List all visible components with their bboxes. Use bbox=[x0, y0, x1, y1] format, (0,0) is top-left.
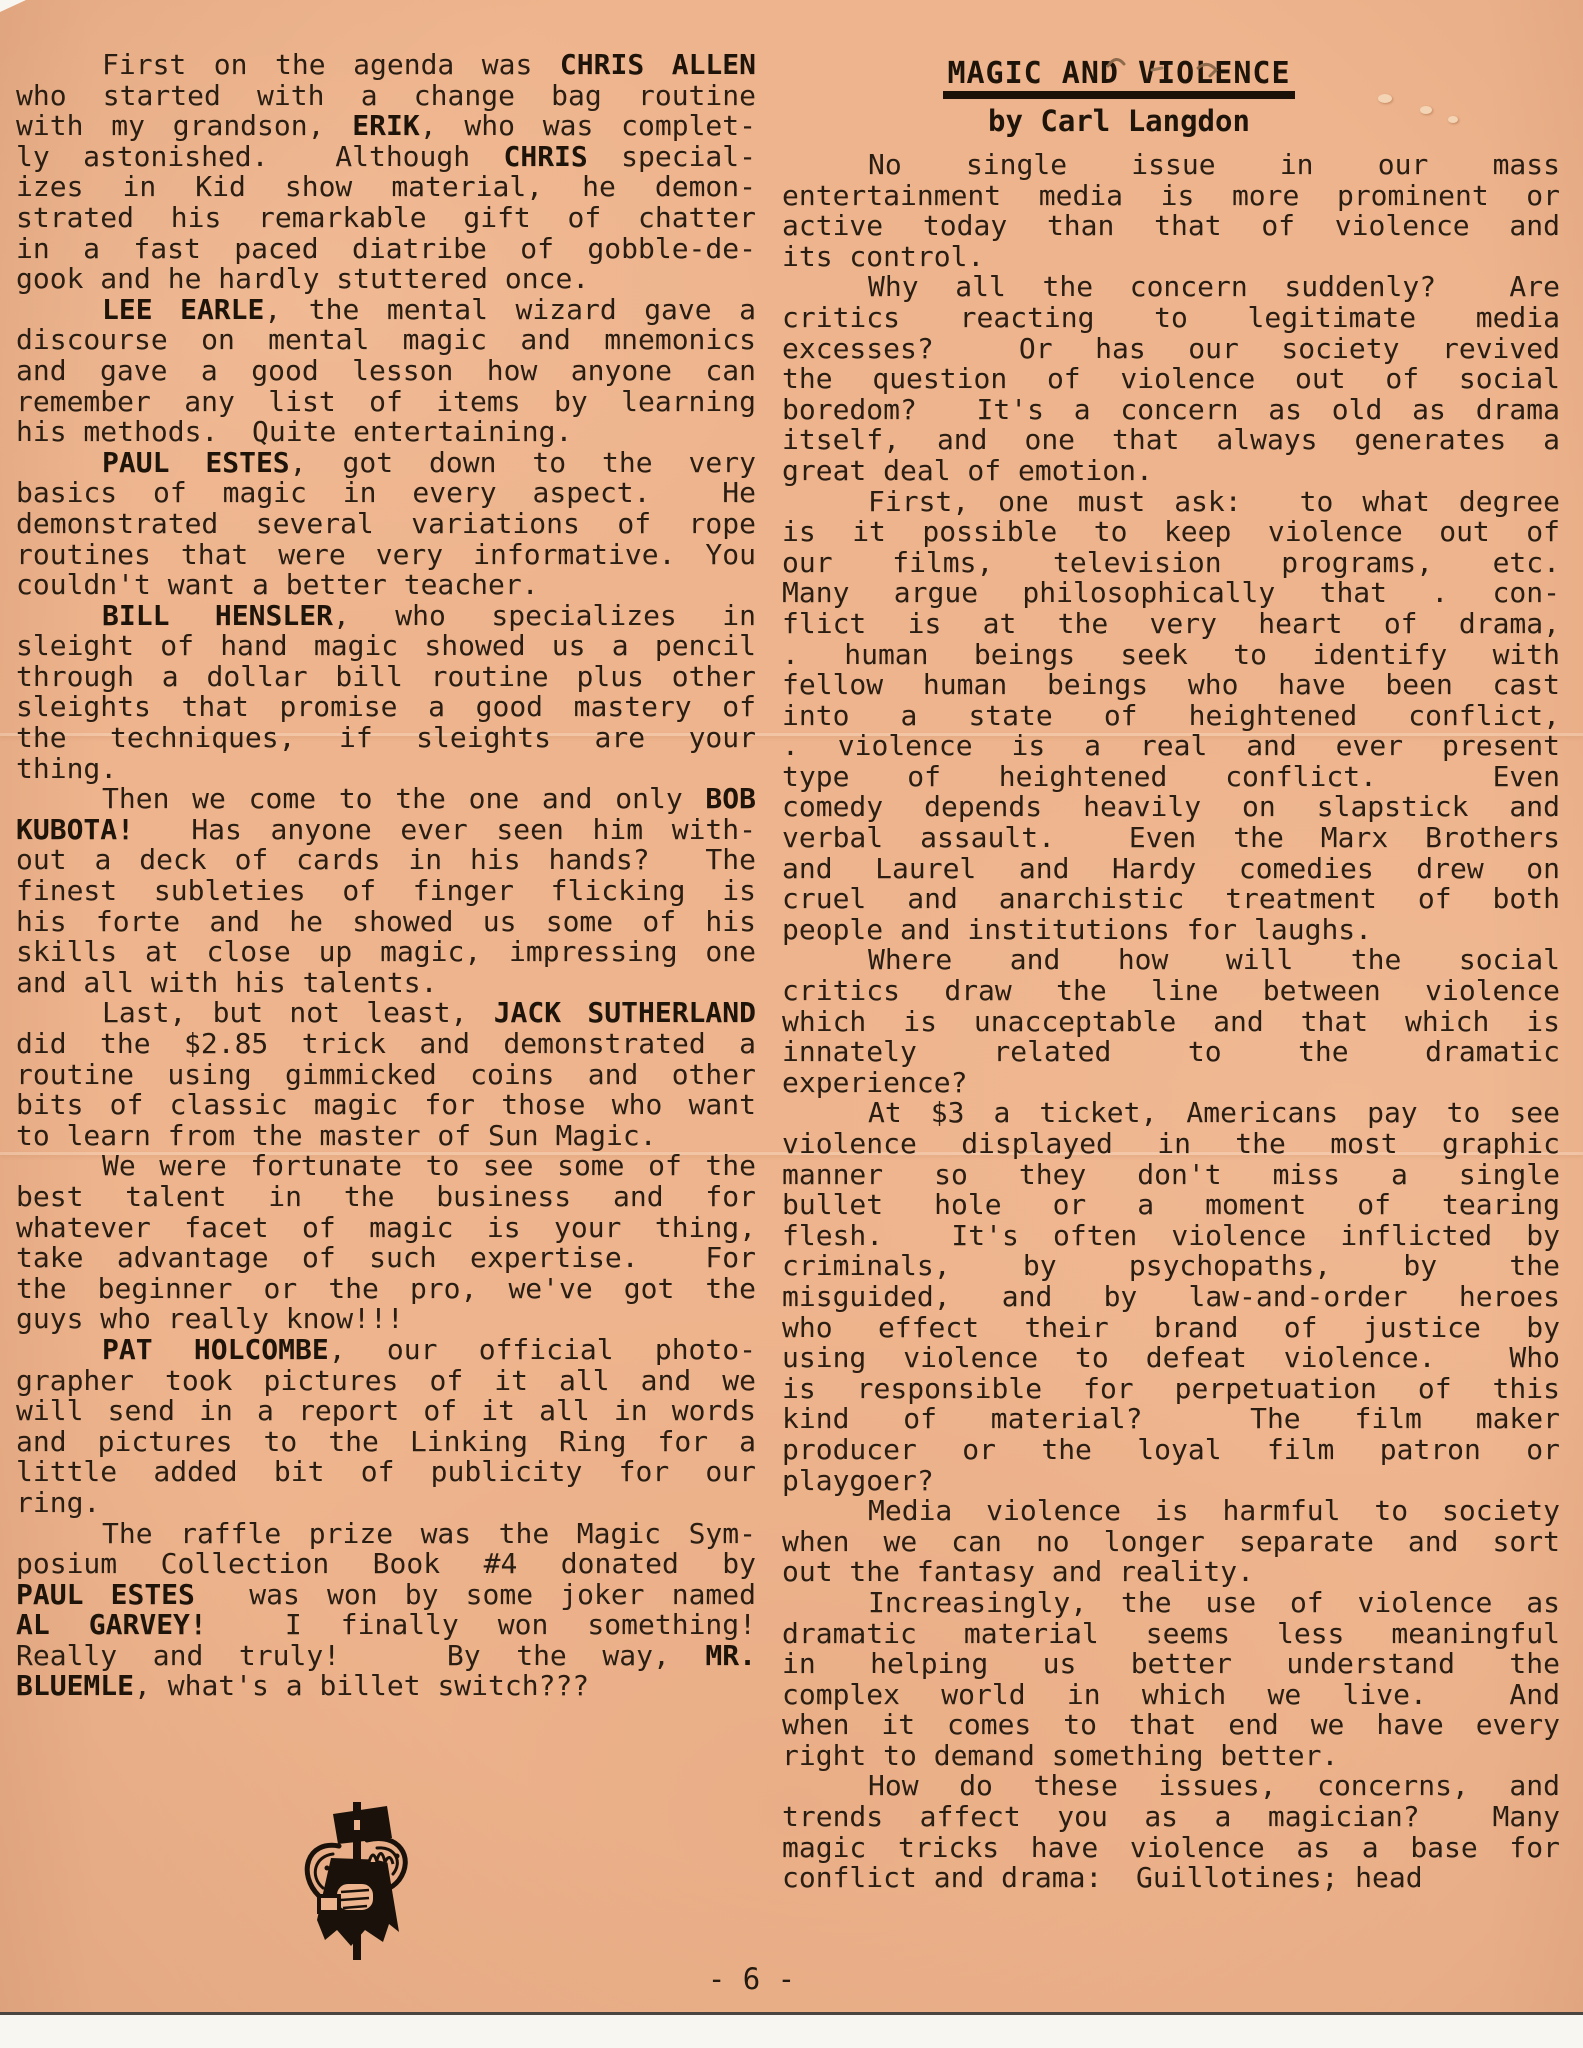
typewritten-line: discourse on mental magic and mnemonics bbox=[16, 325, 756, 356]
typewritten-line: We were fortunate to see some of the bbox=[16, 1151, 756, 1182]
typewritten-line: criminals, by psychopaths, by the bbox=[782, 1251, 1560, 1282]
typewritten-line: First on the agenda was CHRIS ALLEN bbox=[16, 50, 756, 81]
staple-hole bbox=[1378, 94, 1392, 103]
typewritten-line: verbal assault. Even the Marx Brothers bbox=[782, 823, 1560, 854]
typewritten-line: bullet hole or a moment of tearing bbox=[782, 1190, 1560, 1221]
typewritten-line: Where and how will the social bbox=[782, 945, 1560, 976]
typewritten-line: misguided, and by law-and-order heroes bbox=[782, 1282, 1560, 1313]
typewritten-line: boredom? It's a concern as old as drama bbox=[782, 395, 1560, 426]
typewritten-line: conflict and drama: Guillotines; head bbox=[782, 1863, 1560, 1894]
typewritten-line: his methods. Quite entertaining. bbox=[16, 417, 756, 448]
typewritten-line: will send in a report of it all in words bbox=[16, 1396, 756, 1427]
typewritten-line: routines that were very informative. You bbox=[16, 540, 756, 571]
page-number: - 6 - bbox=[0, 1962, 1543, 1996]
typewritten-line: experience? bbox=[782, 1068, 1560, 1099]
typewritten-line: and pictures to the Linking Ring for a bbox=[16, 1427, 756, 1458]
typewritten-line: sleight of hand magic showed us a pencil bbox=[16, 631, 756, 662]
typewritten-line: into a state of heightened conflict, bbox=[782, 701, 1560, 732]
typewritten-line: which is unacceptable and that which is bbox=[782, 1007, 1560, 1038]
typewritten-line: demonstrated several variations of rope bbox=[16, 509, 756, 540]
typewritten-line: out the fantasy and reality. bbox=[782, 1557, 1560, 1588]
typewritten-line: when we can no longer separate and sort bbox=[782, 1527, 1560, 1558]
typewritten-line: using violence to defeat violence. Who bbox=[782, 1343, 1560, 1374]
typewritten-line: PAUL ESTES was won by some joker named bbox=[16, 1580, 756, 1611]
typewritten-line: BLUEMLE, what's a billet switch??? bbox=[16, 1671, 756, 1702]
typewritten-line: trends affect you as a magician? Many bbox=[782, 1802, 1560, 1833]
typewritten-line: the beginner or the pro, we've got the bbox=[16, 1274, 756, 1305]
typewritten-line: ring. bbox=[16, 1488, 756, 1519]
typewritten-line: First, one must ask: to what degree bbox=[782, 487, 1560, 518]
typewritten-line: PAT HOLCOMBE, our official photo- bbox=[16, 1335, 756, 1366]
scan-edge-strip bbox=[0, 2012, 1583, 2048]
typewritten-line: kind of material? The film maker bbox=[782, 1404, 1560, 1435]
typewritten-line: Last, but not least, JACK SUTHERLAND bbox=[16, 998, 756, 1029]
typewritten-line: dramatic material seems less meaningful bbox=[782, 1619, 1560, 1650]
typewritten-line: the techniques, if sleights are your bbox=[16, 723, 756, 754]
typewritten-line: thing. bbox=[16, 754, 756, 785]
typewritten-line: PAUL ESTES, got down to the very bbox=[16, 448, 756, 479]
typewritten-line: active today than that of violence and bbox=[782, 211, 1560, 242]
typewritten-line: little added bit of publicity for our bbox=[16, 1457, 756, 1488]
typewritten-line: entertainment media is more prominent or bbox=[782, 181, 1560, 212]
typewritten-line: through a dollar bill routine plus other bbox=[16, 662, 756, 693]
article-byline: by Carl Langdon bbox=[730, 104, 1508, 138]
typewritten-line: his forte and he showed us some of his bbox=[16, 907, 756, 938]
typewritten-line: LEE EARLE, the mental wizard gave a bbox=[16, 295, 756, 326]
typewritten-line: posium Collection Book #4 donated by bbox=[16, 1549, 756, 1580]
typewritten-line: whatever facet of magic is your thing, bbox=[16, 1213, 756, 1244]
typewritten-line: and gave a good lesson how anyone can bbox=[16, 356, 756, 387]
scan-corner-artifact bbox=[0, 0, 26, 12]
typewritten-line: fellow human beings who have been cast bbox=[782, 670, 1560, 701]
typewritten-line: At $3 a ticket, Americans pay to see bbox=[782, 1098, 1560, 1129]
scanned-newsletter-page: First on the agenda was CHRIS ALLENwho s… bbox=[0, 0, 1583, 2012]
typewritten-line: playgoer? bbox=[782, 1466, 1560, 1497]
staple-hole bbox=[1420, 106, 1432, 114]
pen-mark bbox=[1100, 48, 1280, 88]
typewritten-line: to learn from the master of Sun Magic. bbox=[16, 1121, 756, 1152]
typewritten-line: complex world in which we live. And bbox=[782, 1680, 1560, 1711]
magician-ink-art bbox=[293, 1800, 425, 1970]
typewritten-line: excesses? Or has our society revived bbox=[782, 334, 1560, 365]
typewritten-line: and all with his talents. bbox=[16, 968, 756, 999]
typewritten-line: strated his remarkable gift of chatter bbox=[16, 203, 756, 234]
typewritten-line: did the $2.85 trick and demonstrated a bbox=[16, 1029, 756, 1060]
staple-hole bbox=[1448, 116, 1458, 123]
typewritten-line: and Laurel and Hardy comedies drew on bbox=[782, 854, 1560, 885]
magician-hands-wand-illustration bbox=[293, 1800, 425, 1970]
typewritten-line: remember any list of items by learning bbox=[16, 387, 756, 418]
typewritten-line: AL GARVEY! I finally won something! bbox=[16, 1610, 756, 1641]
typewritten-line: manner so they don't miss a single bbox=[782, 1160, 1560, 1191]
typewritten-line: Increasingly, the use of violence as bbox=[782, 1588, 1560, 1619]
typewritten-line: bits of classic magic for those who want bbox=[16, 1090, 756, 1121]
typewritten-line: magic tricks have violence as a base for bbox=[782, 1833, 1560, 1864]
typewritten-line: take advantage of such expertise. For bbox=[16, 1243, 756, 1274]
typewritten-line: its control. bbox=[782, 242, 1560, 273]
typewritten-line: cruel and anarchistic treatment of both bbox=[782, 884, 1560, 915]
typewritten-line: routine using gimmicked coins and other bbox=[16, 1060, 756, 1091]
typewritten-line: How do these issues, concerns, and bbox=[782, 1771, 1560, 1802]
typewritten-line: gook and he hardly stuttered once. bbox=[16, 264, 756, 295]
right-column-body: No single issue in our massentertainment… bbox=[782, 150, 1560, 1894]
typewritten-line: flict is at the very heart of drama, bbox=[782, 609, 1560, 640]
typewritten-line: in helping us better understand the bbox=[782, 1649, 1560, 1680]
typewritten-line: sleights that promise a good mastery of bbox=[16, 692, 756, 723]
typewritten-line: out a deck of cards in his hands? The bbox=[16, 845, 756, 876]
typewritten-line: comedy depends heavily on slapstick and bbox=[782, 792, 1560, 823]
typewritten-line: right to demand something better. bbox=[782, 1741, 1560, 1772]
typewritten-line: flesh. It's often violence inflicted by bbox=[782, 1221, 1560, 1252]
typewritten-line: finest subleties of finger flicking is bbox=[16, 876, 756, 907]
typewritten-line: violence displayed in the most graphic bbox=[782, 1129, 1560, 1160]
typewritten-line: producer or the loyal film patron or bbox=[782, 1435, 1560, 1466]
typewritten-line: the question of violence out of social bbox=[782, 364, 1560, 395]
typewritten-line: BILL HENSLER, who specializes in bbox=[16, 601, 756, 632]
typewritten-line: ly astonished. Although CHRIS special- bbox=[16, 142, 756, 173]
typewritten-line: Why all the concern suddenly? Are bbox=[782, 272, 1560, 303]
typewritten-line: KUBOTA! Has anyone ever seen him with- bbox=[16, 815, 756, 846]
typewritten-line: . human beings seek to identify with bbox=[782, 640, 1560, 671]
typewritten-line: is it possible to keep violence out of bbox=[782, 517, 1560, 548]
typewritten-line: skills at close up magic, impressing one bbox=[16, 937, 756, 968]
typewritten-line: . violence is a real and ever present bbox=[782, 731, 1560, 762]
typewritten-line: our films, television programs, etc. bbox=[782, 548, 1560, 579]
typewritten-line: who started with a change bag routine bbox=[16, 81, 756, 112]
typewritten-line: is responsible for perpetuation of this bbox=[782, 1374, 1560, 1405]
typewritten-line: No single issue in our mass bbox=[782, 150, 1560, 181]
typewritten-line: Media violence is harmful to society bbox=[782, 1496, 1560, 1527]
typewritten-line: Many argue philosophically that . con- bbox=[782, 578, 1560, 609]
typewritten-line: Then we come to the one and only BOB bbox=[16, 784, 756, 815]
typewritten-line: in a fast paced diatribe of gobble-de- bbox=[16, 234, 756, 265]
typewritten-line: type of heightened conflict. Even bbox=[782, 762, 1560, 793]
typewritten-line: basics of magic in every aspect. He bbox=[16, 478, 756, 509]
left-column: First on the agenda was CHRIS ALLENwho s… bbox=[16, 50, 756, 1702]
typewritten-line: great deal of emotion. bbox=[782, 456, 1560, 487]
typewritten-line: izes in Kid show material, he demon- bbox=[16, 172, 756, 203]
typewritten-line: best talent in the business and for bbox=[16, 1182, 756, 1213]
typewritten-line: Really and truly! By the way, MR. bbox=[16, 1641, 756, 1672]
typewritten-line: critics reacting to legitimate media bbox=[782, 303, 1560, 334]
typewritten-line: The raffle prize was the Magic Sym- bbox=[16, 1519, 756, 1550]
typewritten-line: who effect their brand of justice by bbox=[782, 1313, 1560, 1344]
typewritten-line: with my grandson, ERIK, who was complet- bbox=[16, 111, 756, 142]
typewritten-line: itself, and one that always generates a bbox=[782, 425, 1560, 456]
typewritten-line: people and institutions for laughs. bbox=[782, 915, 1560, 946]
typewritten-line: critics draw the line between violence bbox=[782, 976, 1560, 1007]
typewritten-line: grapher took pictures of it all and we bbox=[16, 1366, 756, 1397]
typewritten-line: couldn't want a better teacher. bbox=[16, 570, 756, 601]
typewritten-line: innately related to the dramatic bbox=[782, 1037, 1560, 1068]
typewritten-line: when it comes to that end we have every bbox=[782, 1710, 1560, 1741]
typewritten-line: guys who really know!!! bbox=[16, 1304, 756, 1335]
